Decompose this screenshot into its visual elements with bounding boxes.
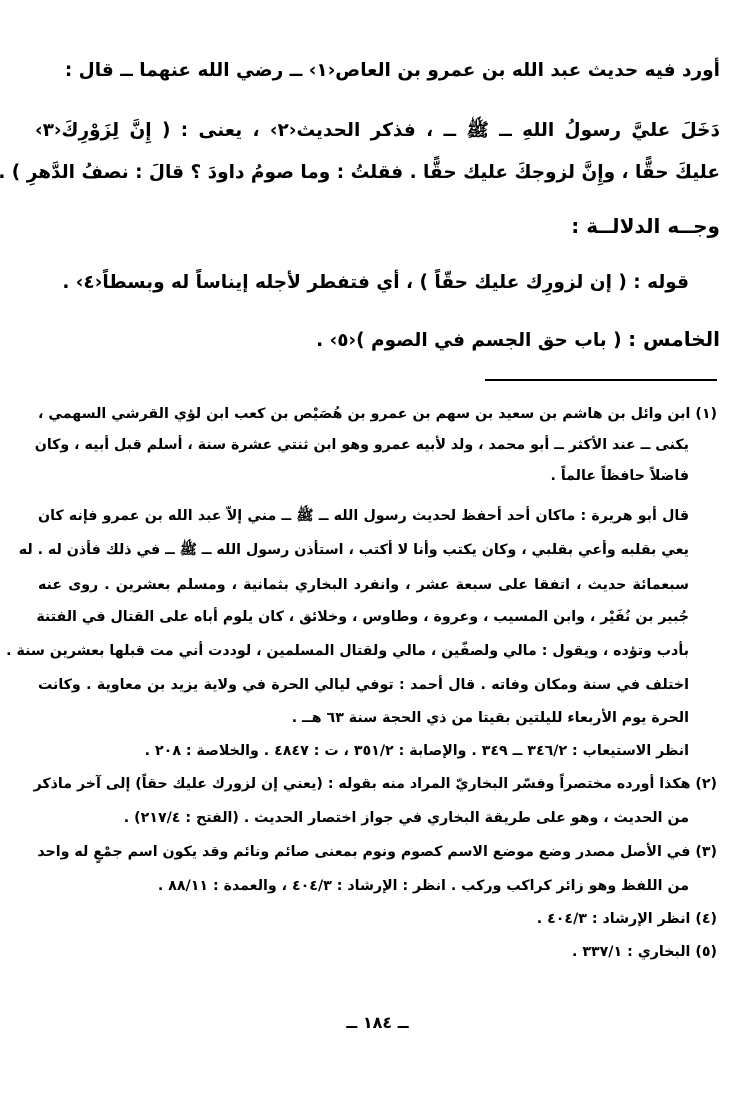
footnote-2-line-1: (٢) هكذا أورده مختصراً وفسّر البخاريّ ال…	[38, 776, 717, 792]
footnote-1-line-10: الحرة يوم الأربعاء لليلتين بقيتا من ذي ا…	[38, 710, 689, 726]
footnote-2-line-2: من الحديث ، وهو على طريقة البخاري في جوا…	[38, 810, 689, 826]
fifth-text: ( باب حق الجسم في الصوم )‹٥› .	[316, 330, 622, 351]
footnote-separator	[485, 379, 717, 381]
footnote-3-line-1: (٣) في الأصل مصدر وضع موضع الاسم كصوم ون…	[38, 844, 717, 860]
footnote-1-line-5: يعي بقلبه وأعي بقلبي ، وكان يكتب وأنا لا…	[38, 542, 689, 562]
footnote-1-line-4: قال أبو هريرة : ماكان أحد أحفظ لحديث رسو…	[38, 508, 689, 528]
quote-line: قوله : ( إن لزورِك عليك حقّاً ) ، أي فتف…	[35, 272, 689, 293]
footnote-1-line-8: بأدب وتؤده ، ويقول : مالي ولصفّين ، مالي…	[38, 643, 689, 659]
fifth-chapter-line: الخامس : ( باب حق الجسم في الصوم )‹٥› .	[35, 327, 720, 351]
footnote-1-line-1: (١) ابن وائل بن هاشم بن سعيد بن سهم بن ع…	[38, 406, 717, 422]
footnote-1-line-3: فاضلاً حافظاً عالماً .	[38, 468, 689, 484]
body-line-2: دَخَلَ عليَّ رسولُ اللهِ ــ ﷺ ــ ، فذكر …	[35, 120, 720, 146]
footnote-3-line-2: من اللفظ وهو زائر كراكب وركب . انظر : ال…	[38, 878, 689, 894]
footnote-1-sources: انظر الاستيعاب : ٣٤٦/٢ ــ ٣٤٩ . والإصابة…	[38, 743, 689, 759]
page-number: ــ ١٨٤ ــ	[0, 1013, 755, 1032]
footnote-1-line-6: سبعمائة حديث ، اتفقا على سبعة عشر ، وانف…	[38, 577, 689, 593]
body-line-3: عليكَ حقًّا ، وإِنَّ لزوجكَ عليك حقًّا .…	[35, 162, 720, 183]
footnote-1-line-9: اختلف في سنة ومكان وفاته . قال أحمد : تو…	[38, 677, 689, 693]
section-heading: وجــه الدلالــة :	[35, 214, 720, 238]
body-line-1: أورد فيه حديث عبد الله بن عمرو بن العاص‹…	[35, 60, 720, 81]
fifth-label: الخامس :	[628, 327, 720, 351]
footnote-1-line-2: يكنى ــ عند الأكثر ــ أبو محمد ، ولد لأب…	[38, 437, 689, 453]
footnote-5: (٥) البخاري : ٣٣٧/١ .	[38, 944, 717, 960]
footnote-1-line-7: جُبير بن نُفَيْر ، وابن المسيب ، وعروة ،…	[38, 609, 689, 625]
footnote-4: (٤) انظر الإرشاد : ٤٠٤/٣ .	[38, 911, 717, 927]
book-page: أورد فيه حديث عبد الله بن عمرو بن العاص‹…	[0, 0, 755, 1104]
